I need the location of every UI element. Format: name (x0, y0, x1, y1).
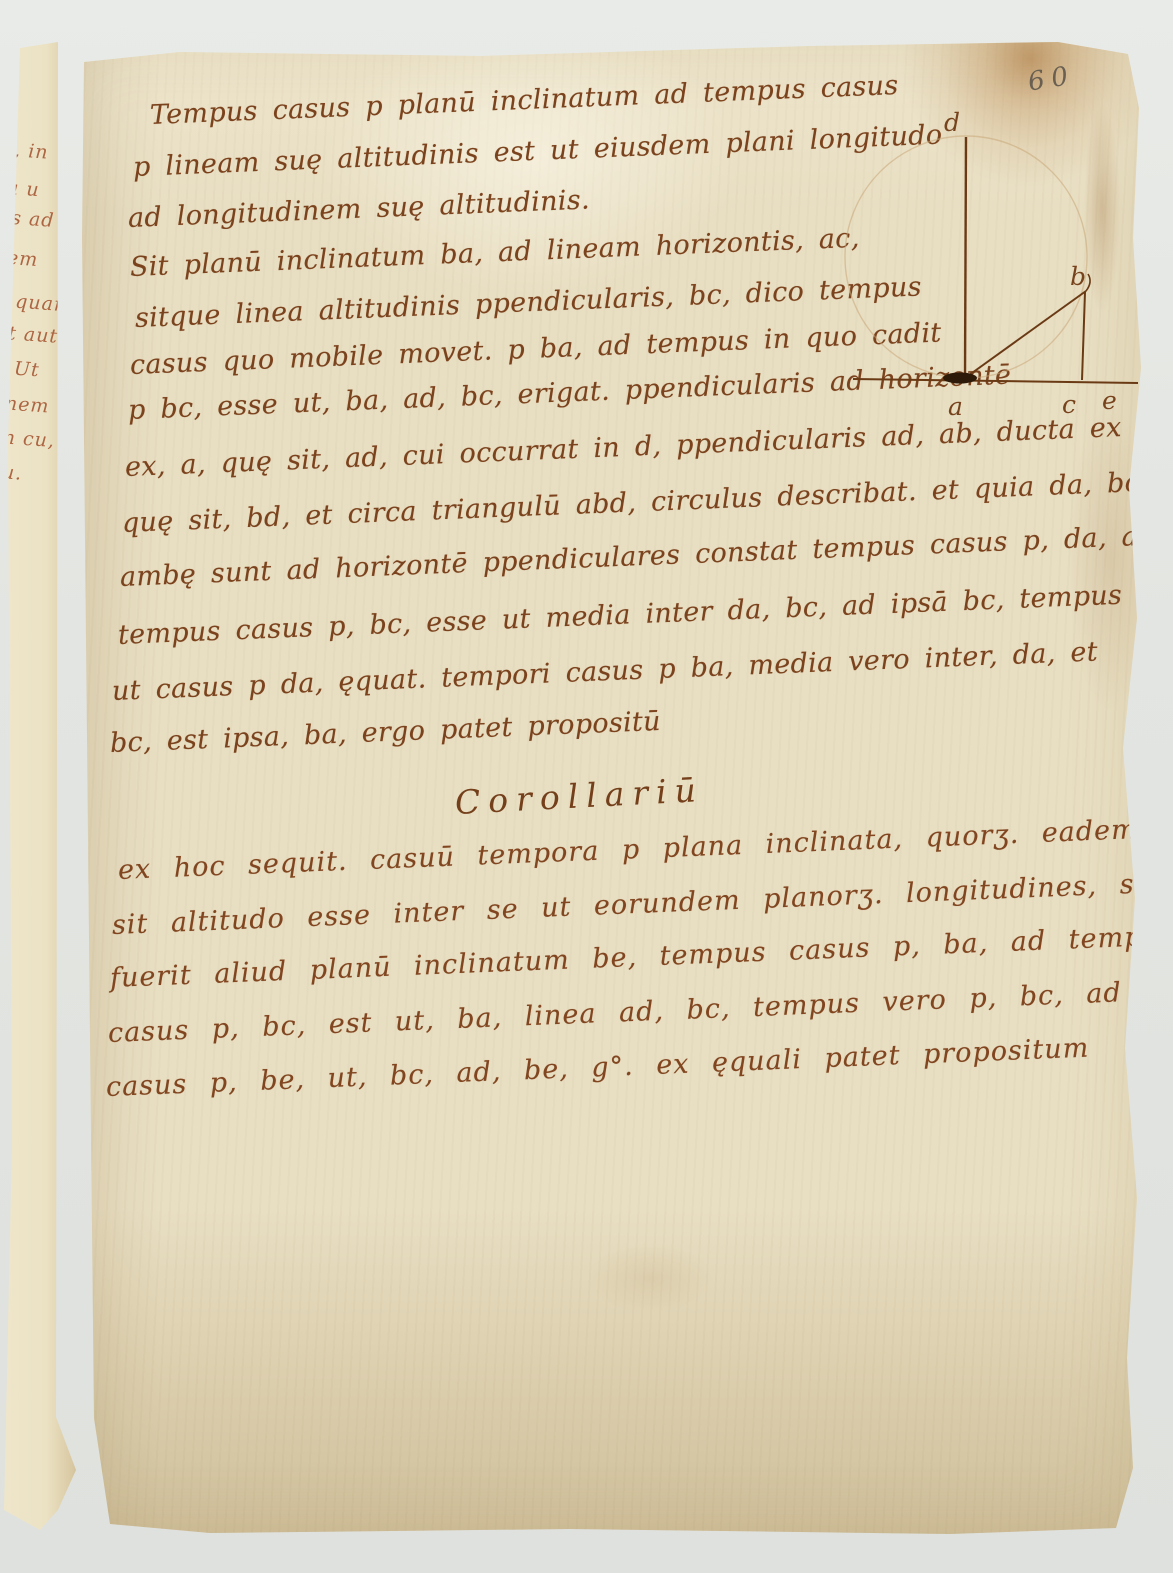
geometry-diagram: d b a c e (840, 95, 1140, 425)
margin-text-fragment: nem (4, 392, 50, 417)
point-label-c: c (1062, 390, 1076, 419)
manuscript-line: ut casus p da, ęquat. tempori casus p ba… (111, 636, 1098, 707)
margin-text-fragment: p, in (0, 138, 49, 163)
incline-line-ab (965, 291, 1086, 378)
manuscript-line: p lineam suę altitudinis est ut eiusdem … (132, 120, 943, 183)
manuscript-line: bc, est ipsa, ba, ergo patet propositū (109, 706, 661, 759)
margin-text-fragment: a u (6, 177, 40, 201)
vertical-line-ad (965, 137, 966, 378)
photo-background: s p, in a u us ad em e quam et autē , Ut… (0, 0, 1173, 1573)
margin-text-fragment: m cu, (0, 426, 56, 452)
margin-text-fragment: et autē (0, 321, 71, 348)
margin-text-fragment: s (3, 72, 15, 95)
margin-text-fragment: e quam (0, 289, 74, 316)
point-b-flourish (1086, 274, 1090, 291)
point-label-a: a (948, 392, 963, 421)
perpendicular-line-bc (1082, 292, 1085, 380)
manuscript-page: 60 Tempus casus p planū inclinatum ad te… (50, 38, 1142, 1538)
corollary-heading: Corollariū (454, 770, 705, 822)
manuscript-line: ad longitudinem suę altitudinis. (127, 184, 590, 234)
point-label-e: e (1102, 386, 1117, 415)
ink-blot-at-a (943, 373, 977, 384)
margin-text-fragment: u. (1, 461, 23, 484)
margin-text-fragment: us ad (0, 206, 55, 232)
folio-number: 60 (1026, 61, 1077, 98)
margin-text-fragment: , Ut (0, 357, 40, 382)
manuscript-line: Sit planū inclinatum ba, ad lineam horiz… (129, 223, 860, 283)
horizon-line-ace (853, 379, 1138, 383)
point-label-b: b (1070, 262, 1086, 291)
manuscript-line: Tempus casus p planū inclinatum ad tempu… (149, 70, 899, 131)
margin-text-fragment: em (6, 247, 39, 271)
manuscript-line: tempus casus p, bc, esse ut media inter … (117, 580, 1122, 651)
point-label-d: d (944, 108, 960, 137)
facing-page-sliver: s p, in a u us ad em e quam et autē , Ut… (0, 42, 84, 1534)
